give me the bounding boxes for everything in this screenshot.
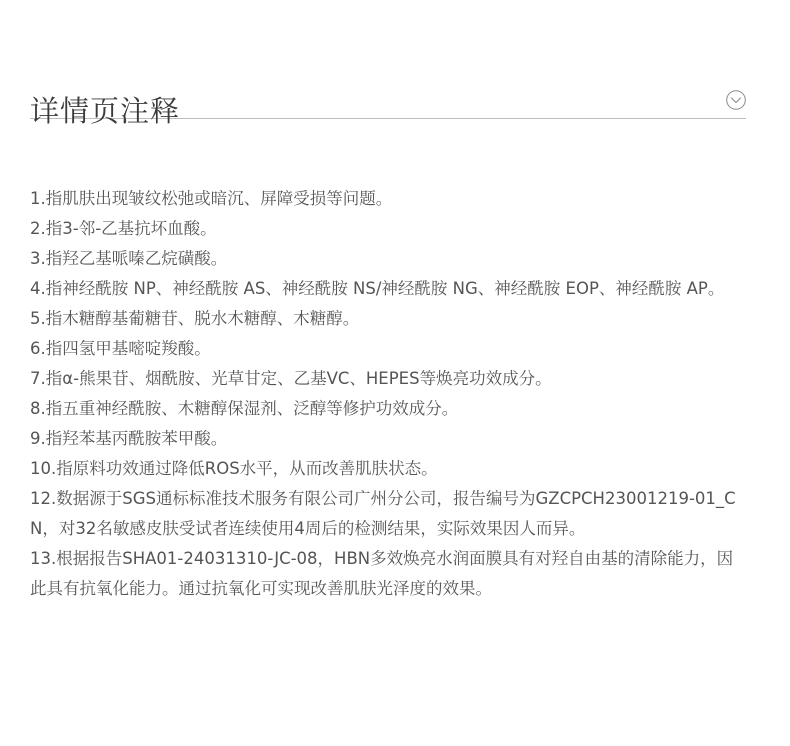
footnote-1: 1.指肌肤出现皱纹松弛或暗沉、屏障受损等问题。 — [30, 184, 740, 214]
footnote-5: 5.指木糖醇基葡糖苷、脱水木糖醇、木糖醇。 — [30, 304, 740, 334]
footnote-10: 10.指原料功效通过降低ROS水平，从而改善肌肤状态。 — [30, 454, 740, 484]
footnote-2: 2.指3-邻-乙基抗坏血酸。 — [30, 214, 740, 244]
footnote-7: 7.指α-熊果苷、烟酰胺、光草甘定、乙基VC、HEPES等焕亮功效成分。 — [30, 364, 740, 394]
collapse-toggle-button[interactable] — [726, 90, 746, 110]
notes-header: 详情页注释 — [30, 70, 746, 119]
footnote-6: 6.指四氢甲基嘧啶羧酸。 — [30, 334, 740, 364]
chevron-down-circle-icon — [726, 90, 746, 110]
footnote-12: 12.数据源于SGS通标标准技术服务有限公司广州分公司，报告编号为GZCPCH2… — [30, 484, 740, 544]
footnote-3: 3.指羟乙基哌嗪乙烷磺酸。 — [30, 244, 740, 274]
footnote-8: 8.指五重神经酰胺、木糖醇保湿剂、泛醇等修护功效成分。 — [30, 394, 740, 424]
footnotes-list: 1.指肌肤出现皱纹松弛或暗沉、屏障受损等问题。 2.指3-邻-乙基抗坏血酸。 3… — [30, 184, 740, 604]
page-title: 详情页注释 — [30, 93, 180, 129]
footnote-4: 4.指神经酰胺 NP、神经酰胺 AS、神经酰胺 NS/神经酰胺 NG、神经酰胺 … — [30, 274, 740, 304]
footnote-13: 13.根据报告SHA01-24031310-JC-08，HBN多效焕亮水润面膜具… — [30, 544, 740, 604]
footnote-9: 9.指羟苯基丙酰胺苯甲酸。 — [30, 424, 740, 454]
